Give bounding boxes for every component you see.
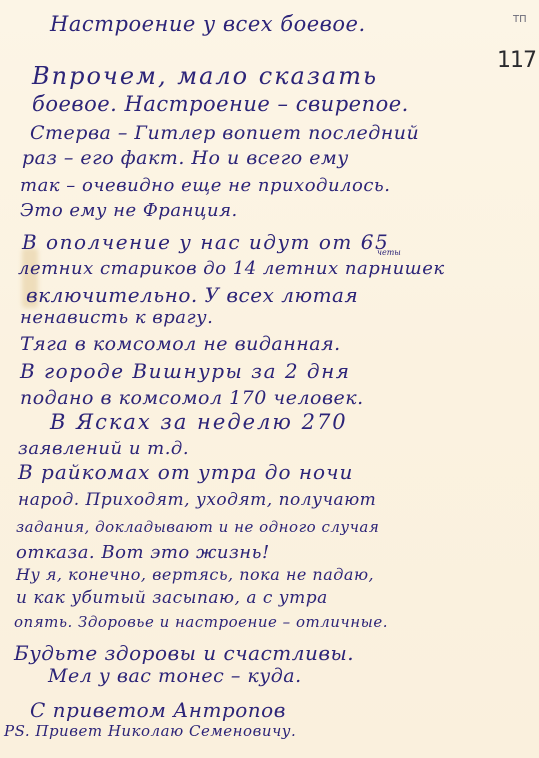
letter-line-16: заявлений и т.д. <box>18 438 189 459</box>
letter-line-13: В городе Вишнуры за 2 дня <box>20 359 351 383</box>
letter-line-21: Ну я, конечно, вертясь, пока не падаю, <box>16 565 374 584</box>
handwritten-letter-page: ТП 117 Настроение у всех боевое. Впрочем… <box>0 0 539 758</box>
insertion-note: четы <box>377 248 401 257</box>
letter-line-10: включительно. У всех лютая <box>26 283 358 307</box>
letter-line-15: В Ясках за неделю 270 <box>50 410 348 434</box>
letter-line-20: отказа. Вот это жизнь! <box>16 542 270 563</box>
page-number: 117 <box>497 48 536 73</box>
letter-line-24: Будьте здоровы и счастливы. <box>14 641 354 665</box>
letter-line-25: Мел у вас тонес – куда. <box>48 665 302 687</box>
letter-line-8: В ополчение у нас идут от 65 <box>22 230 389 254</box>
letter-line-9: летних стариков до 14 летних парнишек <box>18 258 445 279</box>
letter-line-3: боевое. Настроение – свирепое. <box>32 92 409 116</box>
letter-line-18: народ. Приходят, уходят, получают <box>18 490 376 510</box>
letter-line-11: ненависть к врагу. <box>20 307 213 328</box>
postscript-line: PS. Привет Николаю Семеновичу. <box>4 722 296 740</box>
archive-corner-mark: ТП <box>513 14 527 25</box>
letter-line-5: раз – его факт. Но и всего ему <box>22 147 349 169</box>
letter-line-12: Тяга в комсомол не виданная. <box>20 333 341 355</box>
letter-line-2: Впрочем, мало сказать <box>32 62 378 90</box>
letter-line-6: так – очевидно еще не приходилось. <box>20 175 390 196</box>
letter-line-7: Это ему не Франция. <box>20 200 238 221</box>
signature-line: С приветом Антропов <box>30 698 286 722</box>
letter-line-23: опять. Здоровье и настроение – отличные. <box>14 613 388 631</box>
letter-line-22: и как убитый засыпаю, а с утра <box>16 588 328 608</box>
letter-line-19: задания, докладывают и не одного случая <box>16 518 379 536</box>
letter-line-4: Стерва – Гитлер вопиет последний <box>30 122 419 144</box>
letter-line-1: Настроение у всех боевое. <box>50 12 366 36</box>
letter-line-17: В райкомах от утра до ночи <box>18 460 353 484</box>
letter-line-14: подано в комсомол 170 человек. <box>20 387 364 409</box>
